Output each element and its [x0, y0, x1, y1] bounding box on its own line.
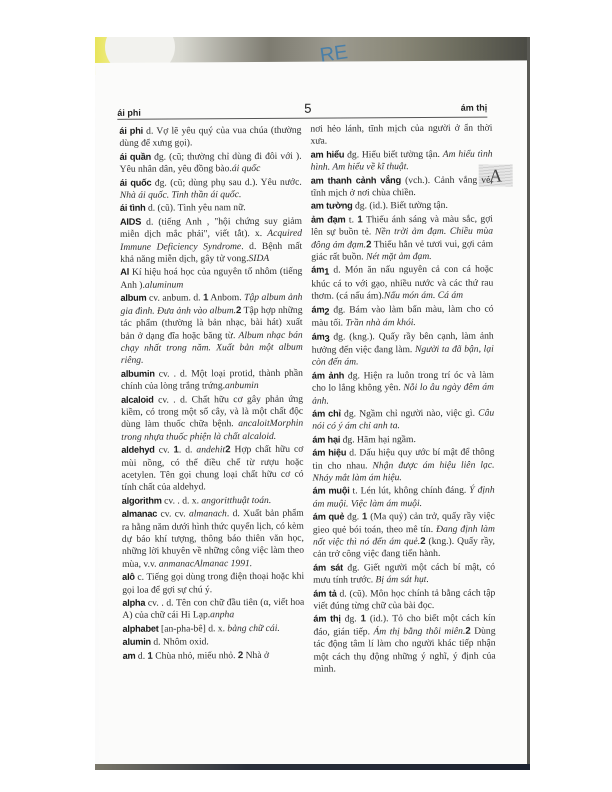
headword: ái quốc — [120, 177, 152, 187]
dictionary-entry: ám muội t. Lén lút, không chính đáng. Ý … — [313, 484, 495, 511]
definition-text: d. (cũ). Tình yêu nam nữ. — [146, 203, 246, 215]
definition-text: cv. — [162, 495, 178, 506]
headword: album — [120, 293, 146, 303]
example-text: ái quốc — [232, 163, 261, 174]
dictionary-entry: ái tình d. (cũ). Tình yêu nam nữ. — [120, 201, 302, 216]
definition-text: cv. — [154, 394, 174, 405]
dictionary-entry: am d. 1 Chùa nhỏ, miếu nhỏ. 2 Nhà ở — [123, 648, 305, 663]
headword: alô — [122, 572, 135, 582]
dictionary-entry: aldehyd cv. 1. d. andehit2 Hợp chất hữu … — [121, 443, 303, 495]
left-guideword: ái phi — [117, 108, 141, 118]
dictionary-entry: ái phi d. Vợ lẽ yêu quý của vua chúa (th… — [119, 124, 301, 151]
definition-text: . d. x. — [177, 495, 201, 506]
example-text: Nét mặt ảm đạm. — [366, 251, 432, 262]
definition-text: nơi hẻo lánh, tĩnh mịch của người ở ẩn t… — [310, 123, 492, 148]
dictionary-entry: almanac cv. cv. almanach. d. Xuất bản ph… — [122, 507, 304, 571]
example-text: Trần nhà ám khói. — [345, 317, 415, 328]
headword: ám hại — [312, 434, 340, 444]
dictionary-entry: albumin cv. . d. Một loại protid, thành … — [121, 366, 303, 393]
definition-text: đg. (cũ; thường chỉ dùng đi đôi với — [151, 151, 296, 163]
headword: ám tả — [313, 588, 336, 598]
example-text: aluminum — [145, 279, 183, 290]
dictionary-entry: AIDS d. (tiếng Anh , "hội chứng suy giảm… — [120, 215, 302, 267]
example-text: almanach — [189, 508, 227, 519]
dictionary-entry: ám quẻ đg. 1 (Ma quỷ) cản trở, quấy rầy … — [313, 510, 495, 562]
dictionary-entry: am tường đg. (id.). Biết tường tận. — [311, 199, 493, 214]
headword: alpha — [122, 598, 145, 608]
dictionary-entry: ám sát đg. Giết người một cách bí mật, c… — [313, 560, 495, 587]
definition-text: cv. — [155, 368, 174, 379]
example-text: Bị ám sát hụt. — [376, 574, 429, 585]
dictionary-entry: ám ảnh đg. Hiện ra luôn trong trí óc và … — [312, 368, 494, 407]
headword: almanac — [122, 509, 157, 519]
dictionary-entry: alô c. Tiếng gọi dùng trong điện thoại h… — [122, 570, 304, 597]
example-text: thuật toán. — [230, 495, 272, 506]
definition-text: đg. Hiểu biết tường tận. — [344, 149, 443, 161]
dictionary-entry: ái quần đg. (cũ; thường chỉ dùng đi đôi … — [120, 150, 302, 177]
headword: ám — [311, 304, 324, 314]
example-text: anmanac — [159, 558, 194, 569]
definition-text: cv. anbum. d. — [146, 293, 203, 304]
example-text: Nhà ái quốc. Tinh thần ái quốc. — [120, 189, 242, 201]
example-text: anbumin — [225, 380, 259, 391]
dictionary-entry: ám thị đg. 1 (id.). Tỏ cho biết một cách… — [313, 612, 495, 676]
definition-text: Nhà ở — [243, 650, 269, 661]
dictionary-entry: ám1 d. Món ăn nấu nguyên cả con cá hoặc … — [311, 263, 493, 303]
page-number: 5 — [304, 101, 311, 116]
definition-text: cv. — [175, 509, 189, 520]
definition-text: Anbom. — [208, 292, 244, 303]
headword: ái quần — [120, 151, 151, 161]
example-text: SIDA — [248, 253, 269, 264]
definition-text: đg. Ngầm chỉ người nào, việc gì. — [341, 408, 478, 420]
headword: am thanh cảnh vắng — [311, 175, 401, 186]
headword: aldehyd — [121, 445, 154, 455]
dictionary-entry: alumin d. Nhôm oxid. — [123, 635, 305, 650]
dictionary-entry: am thanh cảnh vắng (vch.). Cảnh vắng vẻ,… — [311, 173, 493, 200]
definition-text: d. — [135, 650, 147, 661]
dictionary-entry: alpha cv. . d. Tên con chữ đầu tiên (α, … — [122, 596, 304, 623]
definition-text: cv. — [155, 445, 174, 456]
dictionary-entry: am hiểu đg. Hiểu biết tường tận. Am hiểu… — [311, 147, 493, 174]
dictionary-page: ái phi 5 ám thị A ái phi d. Vợ lẽ yêu qu… — [95, 60, 530, 770]
dictionary-entry: album cv. anbum. d. 1 Anbom. Tập album ả… — [120, 291, 302, 368]
headword: alumin — [123, 637, 151, 647]
definition-text: đg. — [341, 614, 361, 625]
definition-text: Chùa nhỏ, miếu nhỏ. — [153, 650, 238, 662]
dictionary-entry: Al Kí hiệu hoá học của nguyên tố nhôm (t… — [120, 265, 302, 292]
headword: ám sát — [313, 562, 343, 572]
headword: ám — [311, 265, 324, 275]
headword: ám ảnh — [312, 370, 344, 380]
dictionary-entry: ám chỉ đg. Ngầm chỉ người nào, việc gì. … — [312, 407, 494, 434]
example-text: ancaloit — [238, 418, 270, 429]
definition-text: đg. Hãm hại ngầm. — [340, 434, 416, 445]
left-column: ái phi d. Vợ lẽ yêu quý của vua chúa (th… — [119, 124, 304, 663]
definition-text: [an-pha-bê] d. x. — [159, 623, 228, 634]
headword: ái phi — [119, 126, 143, 136]
definition-text: . d. — [179, 445, 197, 456]
headword: ám hiệu — [312, 448, 346, 458]
dictionary-entry: alphabet [an-pha-bê] d. x. bảng chữ cái. — [122, 622, 304, 637]
page-bottom-edge — [95, 764, 530, 770]
definition-text: d. (cũ). Môn học chính tả bằng cách tập … — [313, 587, 495, 612]
dictionary-entry: alcaloid cv. . d. Chất hữu cơ gây phản ứ… — [121, 392, 303, 444]
definition-text: đg. (id.). Biết tường tận. — [353, 200, 448, 212]
headword: albumin — [121, 368, 155, 378]
dictionary-entry: ái quốc đg. (cũ; dùng phụ sau d.). Yêu n… — [120, 175, 302, 202]
dictionary-entry: ám hại đg. Hãm hại ngầm. — [312, 432, 494, 447]
right-guideword: ám thị — [461, 103, 488, 113]
headword: am — [123, 650, 136, 660]
dictionary-entry: ảm đạm t. 1 Thiếu ánh sáng và màu sắc, g… — [311, 212, 493, 264]
headword: ám — [312, 331, 325, 341]
example-text: bảng chữ cái. — [227, 623, 279, 634]
definition-text: t. Lén lút, không chính đáng. — [350, 485, 470, 497]
definition-text: t. — [345, 214, 357, 225]
headword: ái tình — [120, 203, 146, 213]
dictionary-entry: algorithm cv. . d. x. angoritthuật toán. — [122, 494, 304, 509]
headword: ám chỉ — [312, 408, 341, 418]
definition-text: cv. — [157, 509, 175, 520]
definition-text: cv. — [145, 598, 161, 609]
headword: ảm đạm — [311, 214, 346, 224]
example-text: anpha — [210, 610, 234, 621]
example-text: Almanac 1991. — [194, 558, 252, 569]
headword: AIDS — [120, 217, 141, 227]
headword: ám quẻ — [313, 512, 345, 522]
definition-text: d. (tiếng Anh — [141, 216, 207, 227]
example-text: Ám thị bằng thôi miên. — [373, 626, 465, 638]
headword: Al — [120, 267, 129, 277]
definition-text: d. Nhôm oxid. — [151, 637, 209, 648]
dictionary-entry: ám hiệu d. Dấu hiệu quy ước bí mật để th… — [312, 446, 494, 485]
definition-text: đg. (cũ; dùng phụ sau d.). Yêu nước. — [151, 176, 301, 188]
example-text: angorit — [201, 495, 229, 506]
headword: algorithm — [122, 495, 162, 505]
page-edge-shadow — [527, 37, 530, 770]
dictionary-entry: ám tả d. (cũ). Môn học chính tả bằng các… — [313, 586, 495, 613]
headword: ám thị — [313, 614, 340, 624]
example-text: andehit — [196, 444, 225, 455]
example-text: Nấu món ám. Cá ám — [384, 290, 463, 301]
headword: alphabet — [122, 623, 158, 633]
headword: ám muội — [313, 486, 350, 496]
definition-text: c. Tiếng gọi dùng trong điện thoại hoặc … — [122, 571, 304, 596]
definition-text: d. Vợ lẽ yêu quý của vua chúa (thường dù… — [119, 125, 301, 150]
headword: alcaloid — [121, 394, 154, 404]
scanned-page-photo: RE ái phi 5 ám thị A ái phi d. Vợ lẽ yêu… — [95, 37, 530, 770]
definition-text: (cá nấu ám). — [336, 291, 384, 302]
dictionary-entry: nơi hẻo lánh, tĩnh mịch của người ở ẩn t… — [310, 123, 492, 149]
dictionary-entry: ám2 đg. Bám vào làm bẩn màu, làm cho có … — [311, 302, 493, 330]
dictionary-entry: ám3 đg. (kng.). Quấy rầy bên cạnh, làm ả… — [312, 329, 494, 369]
right-column: nơi hẻo lánh, tĩnh mịch của người ở ẩn t… — [310, 123, 495, 677]
page-header: ái phi 5 ám thị — [117, 95, 487, 120]
definition-text: đg. — [344, 512, 362, 523]
headword: am tường — [311, 201, 353, 211]
headword: am hiểu — [311, 149, 345, 159]
